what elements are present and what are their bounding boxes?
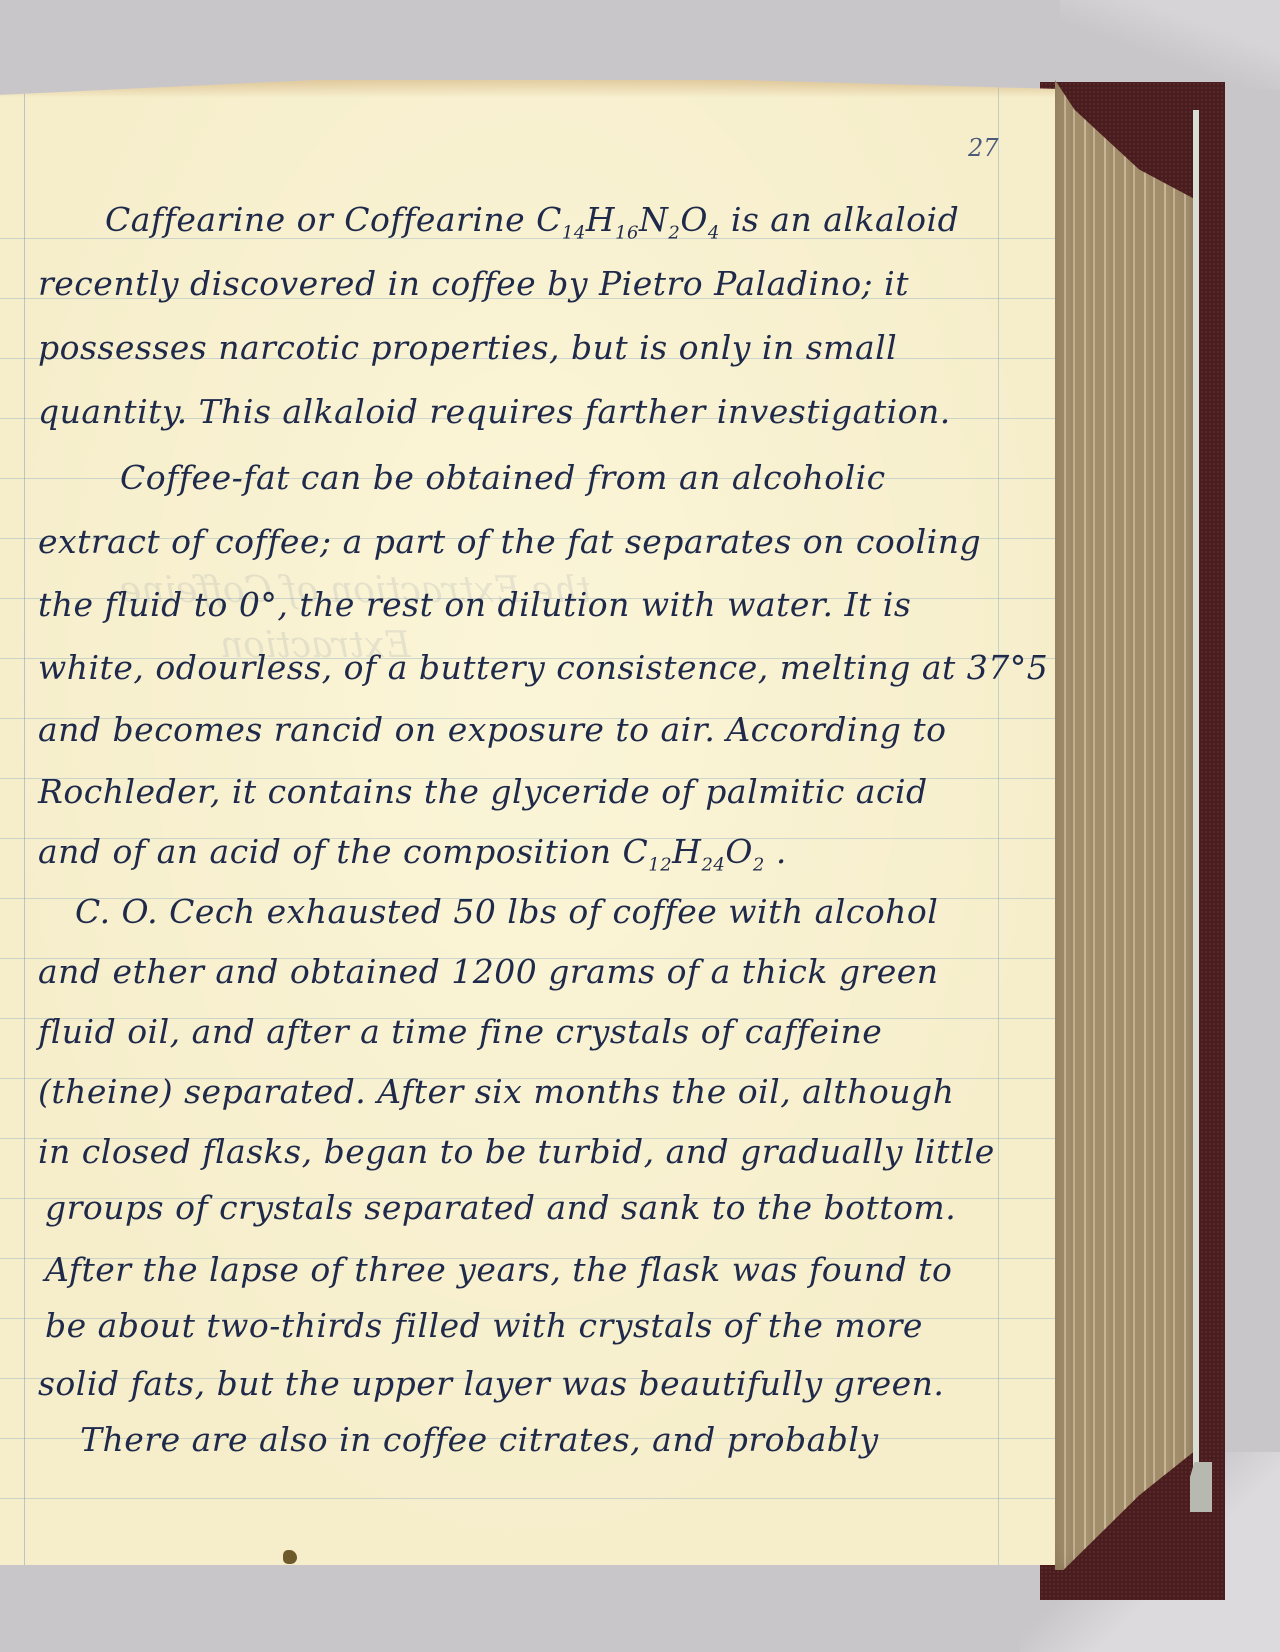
right-margin-rule [998, 80, 999, 1565]
text-line-3: possesses narcotic properties, but is on… [38, 328, 897, 367]
page-number: 27 [968, 134, 999, 162]
text-line-7: the fluid to 0°, the rest on dilution wi… [38, 585, 911, 624]
left-margin-rule [24, 80, 25, 1565]
page-fore-edge [1055, 80, 1195, 1570]
text-line-13: and ether and obtained 1200 grams of a t… [38, 952, 939, 991]
text-line-5: Coffee-fat can be obtained from an alcoh… [120, 458, 886, 497]
text-line-21: There are also in coffee citrates, and p… [80, 1420, 879, 1459]
text-line-18: After the lapse of three years, the flas… [45, 1250, 952, 1289]
ruled-line [0, 1498, 1055, 1499]
text-line-2: recently discovered in coffee by Pietro … [38, 264, 909, 303]
text-line-14: fluid oil, and after a time fine crystal… [38, 1012, 882, 1051]
notebook-page: the Extraction of Coffeine Extraction 27… [0, 80, 1055, 1565]
background-light [1060, 0, 1280, 90]
page-corner-tab [1190, 1462, 1212, 1512]
endpaper-edge [1193, 110, 1199, 1510]
text-line-6: extract of coffee; a part of the fat sep… [38, 522, 981, 561]
text-line-1: Caffearine or Coffearine C14H16N2O4 is a… [105, 200, 959, 244]
text-line-19: be about two-thirds filled with crystals… [45, 1306, 923, 1345]
text-line-11: and of an acid of the composition C12H24… [38, 832, 787, 876]
text-line-17: groups of crystals separated and sank to… [45, 1188, 956, 1227]
text-line-15: (theine) separated. After six months the… [38, 1072, 954, 1111]
text-line-8: white, odourless, of a buttery consisten… [38, 648, 1048, 687]
text-line-16: in closed flasks, began to be turbid, an… [38, 1132, 995, 1171]
ink-speck [283, 1550, 297, 1564]
text-line-4: quantity. This alkaloid requires farther… [38, 392, 951, 431]
text-line-9: and becomes rancid on exposure to air. A… [38, 710, 946, 749]
text-line-12: C. O. Cech exhausted 50 lbs of coffee wi… [75, 892, 938, 931]
text-line-10: Rochleder, it contains the glyceride of … [38, 772, 928, 811]
text-line-20: solid fats, but the upper layer was beau… [38, 1364, 944, 1403]
